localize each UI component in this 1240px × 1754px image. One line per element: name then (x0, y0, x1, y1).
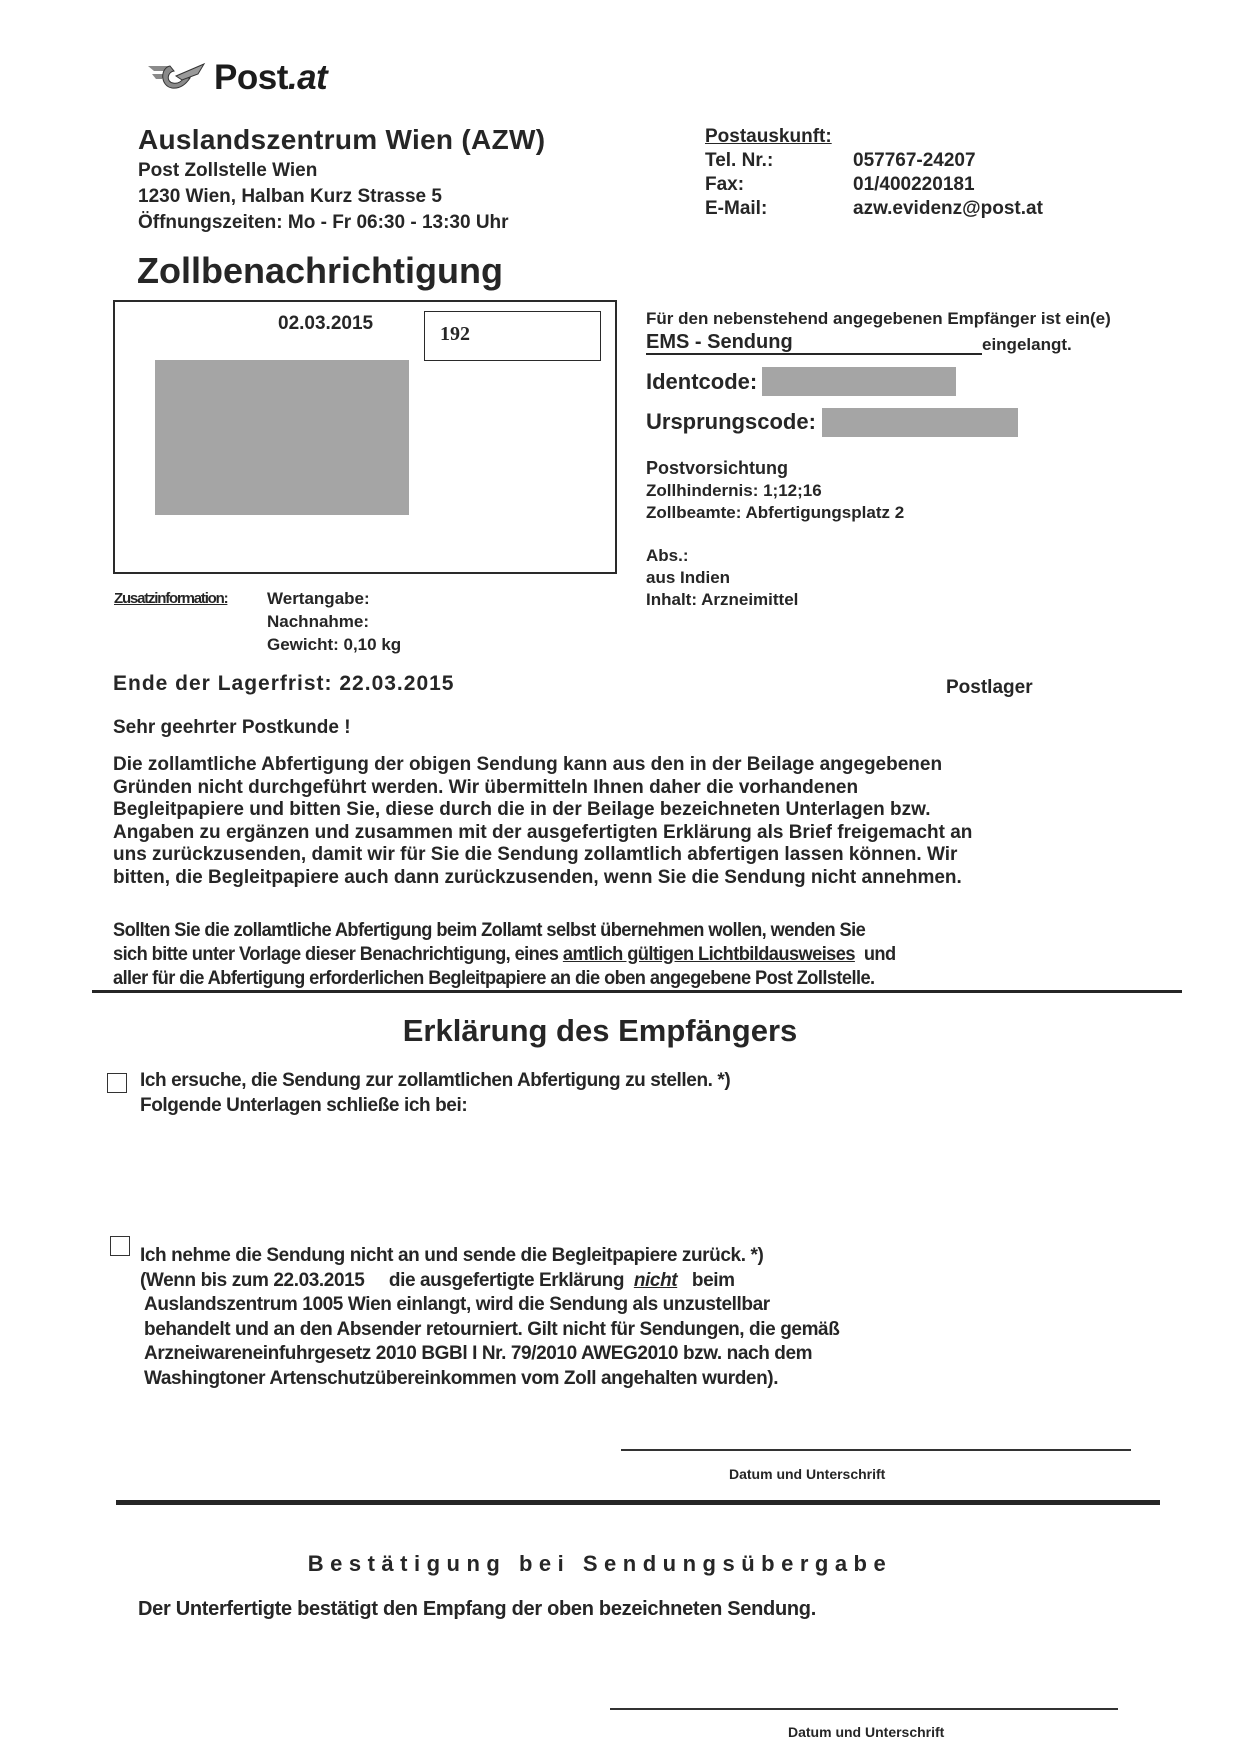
letter-paragraph-2: Sollten Sie die zollamtliche Abfertigung… (113, 919, 1102, 991)
shipment-type: EMS - Sendung (646, 332, 982, 355)
contact-value[interactable]: azw.evidenz@post.at (853, 198, 1043, 220)
paragraph-line: Begleitpapiere und bitten Sie, diese dur… (113, 799, 1073, 822)
weight: Gewicht: 0,10 kg (267, 635, 401, 655)
greeting: Sehr geehrter Postkunde ! (113, 717, 351, 739)
paragraph-line: Sollten Sie die zollamtliche Abfertigung… (113, 919, 1102, 943)
office-address: 1230 Wien, Halban Kurz Strasse 5 (138, 186, 442, 208)
redacted-ursprungscode (822, 408, 1018, 437)
signature-label: Datum und Unterschrift (788, 1724, 944, 1740)
accept-clearance-checkbox[interactable] (107, 1073, 127, 1093)
id-requirement: amtlich gültigen Lichtbildausweises (563, 944, 855, 965)
option-text: Arzneiwareneinfuhrgesetz 2010 BGBl I Nr.… (140, 1342, 839, 1367)
declaration-title: Erklärung des Empfängers (0, 1013, 1200, 1049)
paragraph-line: sich bitte unter Vorlage dieser Benachri… (113, 943, 1102, 967)
contact-label: E-Mail: (705, 198, 853, 220)
option-text: Ich nehme die Sendung nicht an und sende… (140, 1244, 839, 1269)
contact-label: Fax: (705, 174, 853, 196)
paragraph-line: Angaben zu ergänzen und zusammen mit der… (113, 822, 1073, 845)
redacted-identcode (762, 367, 956, 396)
confirmation-title: Bestätigung bei Sendungsübergabe (0, 1551, 1200, 1577)
confirmation-text: Der Unterfertigte bestätigt den Empfang … (138, 1598, 816, 1621)
declared-value: Wertangabe: (267, 589, 370, 609)
contact-value: 057767-24207 (853, 150, 976, 172)
paragraph-line: bitten, die Begleitpapiere auch dann zur… (113, 867, 1073, 890)
option-refuse-shipment: Ich nehme die Sendung nicht an und sende… (140, 1244, 839, 1391)
notice-number: 192 (440, 323, 470, 346)
post-at-logo: Post.at (146, 58, 327, 98)
signature-line[interactable] (610, 1708, 1118, 1710)
shipment-intro: Für den nebenstehend angegebenen Empfäng… (646, 309, 1111, 329)
section-divider (116, 1500, 1160, 1505)
zollbeamte: Zollbeamte: Abfertigungsplatz 2 (646, 503, 904, 523)
option-text: Folgende Unterlagen schließe ich bei: (140, 1094, 730, 1119)
identcode-label: Identcode: (646, 369, 757, 395)
sender-label: Abs.: (646, 546, 689, 566)
postvorsichtung-title: Postvorsichtung (646, 458, 788, 479)
option-text: (Wenn bis zum 22.03.2015 die ausgefertig… (140, 1269, 839, 1294)
option-text: Washingtoner Artenschutzübereinkommen vo… (140, 1367, 839, 1392)
option-text: Auslandszentrum 1005 Wien einlangt, wird… (140, 1293, 839, 1318)
contact-value: 01/400220181 (853, 174, 975, 196)
post-horn-icon (146, 62, 206, 94)
section-divider (92, 990, 1182, 993)
signature-line[interactable] (621, 1449, 1131, 1451)
paragraph-line: Die zollamtliche Abfertigung der obigen … (113, 754, 1073, 777)
contact-phone: Tel. Nr.: 057767-24207 (705, 150, 976, 172)
contact-email: E-Mail: azw.evidenz@post.at (705, 198, 1043, 220)
contact-title: Postauskunft: (705, 126, 832, 148)
option-text: behandelt und an den Absender retournier… (140, 1318, 839, 1343)
additional-info-label: Zusatzinformation: (114, 590, 227, 607)
shipment-arrived: eingelangt. (982, 332, 1072, 355)
emphasis-nicht: nicht (634, 1270, 677, 1291)
refuse-shipment-checkbox[interactable] (110, 1236, 130, 1256)
contact-label: Tel. Nr.: (705, 150, 853, 172)
letter-paragraph-1: Die zollamtliche Abfertigung der obigen … (113, 754, 1073, 889)
option-text: Ich ersuche, die Sendung zur zollamtlich… (140, 1069, 730, 1094)
paragraph-line: Gründen nicht durchgeführt werden. Wir ü… (113, 777, 1073, 800)
shipment-type-line: EMS - Sendung eingelangt. (646, 332, 1072, 355)
storage-deadline: Ende der Lagerfrist: 22.03.2015 (113, 672, 454, 696)
redacted-recipient-address (155, 360, 409, 515)
office-department: Post Zollstelle Wien (138, 160, 317, 182)
origin-country: aus Indien (646, 568, 730, 588)
option-accept-clearance: Ich ersuche, die Sendung zur zollamtlich… (140, 1069, 730, 1118)
shipment-content: Inhalt: Arzneimittel (646, 590, 798, 610)
signature-label: Datum und Unterschrift (729, 1466, 885, 1482)
cash-on-delivery: Nachnahme: (267, 612, 369, 632)
ursprungscode-label: Ursprungscode: (646, 409, 816, 435)
paragraph-line: uns zurückzusenden, damit wir für Sie di… (113, 844, 1073, 867)
zollhindernis: Zollhindernis: 1;12;16 (646, 481, 822, 501)
contact-fax: Fax: 01/400220181 (705, 174, 975, 196)
office-name: Auslandszentrum Wien (AZW) (138, 124, 545, 156)
delivery-mode: Postlager (946, 677, 1033, 699)
notice-date: 02.03.2015 (278, 313, 373, 335)
document-title: Zollbenachrichtigung (137, 250, 503, 292)
logo-text: Post.at (214, 58, 327, 98)
paragraph-line: aller für die Abfertigung erforderlichen… (113, 967, 1102, 991)
office-hours: Öffnungszeiten: Mo - Fr 06:30 - 13:30 Uh… (138, 212, 509, 234)
